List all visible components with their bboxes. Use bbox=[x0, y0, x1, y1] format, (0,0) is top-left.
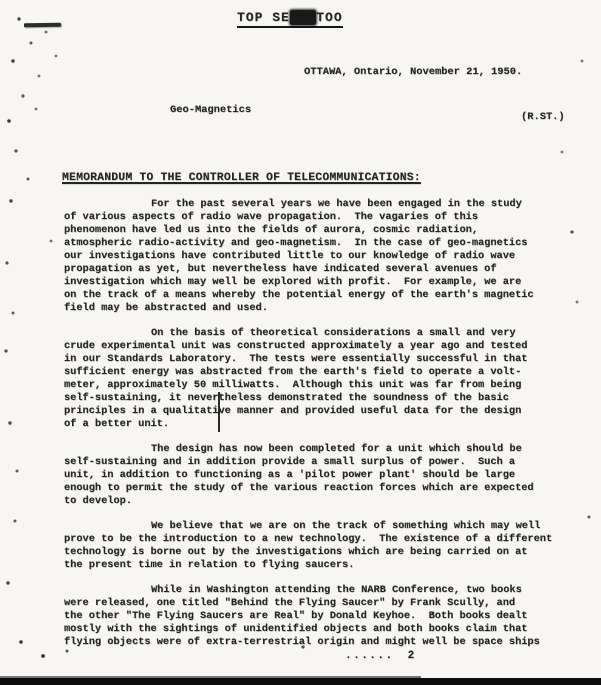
memo-heading: MEMORANDUM TO THE CONTROLLER OF TELECOMM… bbox=[62, 172, 421, 184]
subject-line: Geo-Magnetics bbox=[170, 104, 251, 116]
scan-noise-speckles bbox=[0, 0, 2, 2]
scan-edge-bar bbox=[0, 678, 601, 685]
continuation-dots: ...... bbox=[345, 650, 394, 662]
memo-paragraph: For the past several years we have been … bbox=[64, 198, 572, 315]
memo-paragraph: The design has now been completed for a … bbox=[64, 443, 572, 508]
scanned-memo-page: TOP SECRETOO OTTAWA, Ontario, November 2… bbox=[0, 0, 601, 685]
memo-paragraph: We believe that we are on the track of s… bbox=[64, 520, 572, 572]
memo-paragraph: While in Washington attending the NARB C… bbox=[64, 584, 572, 649]
scan-artifact-dash bbox=[24, 23, 61, 28]
classification-prefix: TOP SE bbox=[237, 10, 290, 25]
scan-artifact-line bbox=[218, 392, 220, 432]
classification-redaction: CRE bbox=[290, 10, 316, 25]
dateline: OTTAWA, Ontario, November 21, 1950. bbox=[304, 66, 522, 78]
page-footer: ......2 bbox=[345, 650, 414, 662]
memo-body: For the past several years we have been … bbox=[64, 198, 572, 661]
classification-stamp: TOP SECRETOO bbox=[237, 10, 343, 28]
reference-initials: (R.ST.) bbox=[521, 111, 565, 123]
memo-paragraph: On the basis of theoretical consideratio… bbox=[64, 327, 572, 431]
page-number: 2 bbox=[408, 650, 415, 662]
classification-suffix: TOO bbox=[316, 10, 342, 25]
